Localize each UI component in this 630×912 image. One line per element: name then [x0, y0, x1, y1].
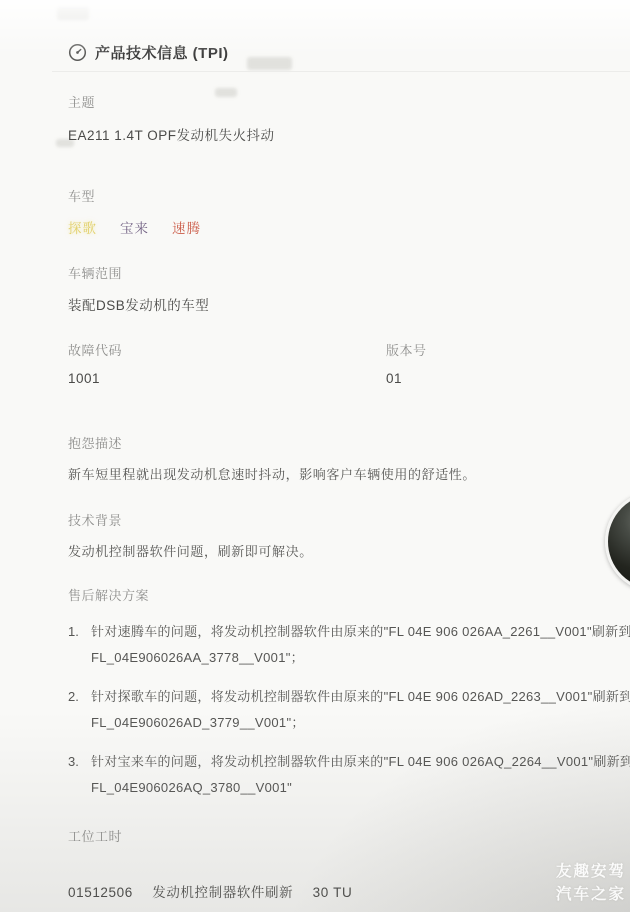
- solution-item-line1: 针对探歌车的问题，将发动机控制器软件由原来的"FL 04E 906 026AD_…: [91, 684, 630, 710]
- solution-item-line2: FL_04E906026AA_3778__V001"；: [91, 645, 630, 671]
- avatar[interactable]: [605, 491, 630, 592]
- solution-item: 1. 针对速腾车的问题，将发动机控制器软件由原来的"FL 04E 906 026…: [68, 619, 630, 671]
- model-tag-tange[interactable]: 探歌: [68, 217, 97, 237]
- complaint-text: 新车短里程就出现发动机怠速时抖动，影响客户车辆使用的舒适性。: [68, 464, 620, 483]
- solution-item-line1: 针对宝来车的问题，将发动机控制器软件由原来的"FL 04E 906 026AQ_…: [91, 749, 630, 775]
- labor-time: 30 TU: [313, 885, 353, 900]
- subject-label: 主题: [68, 92, 95, 111]
- tpi-document-page: 产品技术信息 (TPI) 主题 EA211 1.4T OPF发动机失火抖动 车型…: [0, 0, 630, 912]
- solution-list: 1. 针对速腾车的问题，将发动机控制器软件由原来的"FL 04E 906 026…: [68, 619, 630, 814]
- fault-code-label: 故障代码: [68, 340, 122, 359]
- subject-value: EA211 1.4T OPF发动机失火抖动: [68, 124, 275, 144]
- labor-code: 01512506: [68, 885, 133, 900]
- watermark-line2: 汽车之家: [556, 883, 626, 906]
- background-label: 技术背景: [68, 510, 122, 529]
- solution-item-number: 1.: [68, 619, 91, 671]
- complaint-label: 抱怨描述: [68, 433, 122, 452]
- page-header: 产品技术信息 (TPI): [68, 42, 229, 63]
- artifact-smudge: [57, 7, 89, 20]
- solution-item-number: 2.: [68, 684, 91, 736]
- labor-line: 01512506 发动机控制器软件刷新 30 TU: [68, 881, 352, 901]
- range-label: 车辆范围: [68, 263, 122, 282]
- labor-name: 发动机控制器软件刷新: [152, 885, 293, 900]
- artifact-smudge: [247, 57, 292, 70]
- solution-label: 售后解决方案: [68, 585, 149, 604]
- solution-item-text: 针对速腾车的问题，将发动机控制器软件由原来的"FL 04E 906 026AA_…: [91, 619, 630, 671]
- labor-label: 工位工时: [68, 826, 122, 845]
- page-title: 产品技术信息 (TPI): [95, 42, 229, 63]
- artifact-smudge: [215, 88, 237, 97]
- model-tags: 探歌 宝来 速腾: [68, 217, 201, 237]
- solution-item-text: 针对宝来车的问题，将发动机控制器软件由原来的"FL 04E 906 026AQ_…: [91, 749, 630, 801]
- solution-item: 2. 针对探歌车的问题，将发动机控制器软件由原来的"FL 04E 906 026…: [68, 684, 630, 736]
- header-divider: [52, 71, 630, 72]
- solution-item-line2: FL_04E906026AD_3779__V001"；: [91, 710, 630, 736]
- model-label: 车型: [68, 186, 95, 205]
- solution-item-number: 3.: [68, 749, 91, 801]
- solution-item-line1: 针对速腾车的问题，将发动机控制器软件由原来的"FL 04E 906 026AA_…: [91, 619, 630, 645]
- fault-code-value: 1001: [68, 371, 100, 386]
- solution-item: 3. 针对宝来车的问题，将发动机控制器软件由原来的"FL 04E 906 026…: [68, 749, 630, 801]
- background-text: 发动机控制器软件问题，刷新即可解决。: [68, 541, 620, 560]
- version-value: 01: [386, 371, 402, 386]
- model-tag-baolai[interactable]: 宝来: [120, 217, 149, 237]
- solution-item-line2: FL_04E906026AQ_3780__V001": [91, 775, 630, 801]
- version-label: 版本号: [386, 340, 427, 359]
- watermark-line1: 友趣安驾: [556, 860, 626, 883]
- tpi-gauge-icon: [68, 43, 87, 62]
- solution-item-text: 针对探歌车的问题，将发动机控制器软件由原来的"FL 04E 906 026AD_…: [91, 684, 630, 736]
- model-tag-suteng[interactable]: 速腾: [172, 217, 201, 237]
- watermark: 友趣安驾 汽车之家: [556, 860, 626, 906]
- range-value: 装配DSB发动机的车型: [68, 294, 209, 314]
